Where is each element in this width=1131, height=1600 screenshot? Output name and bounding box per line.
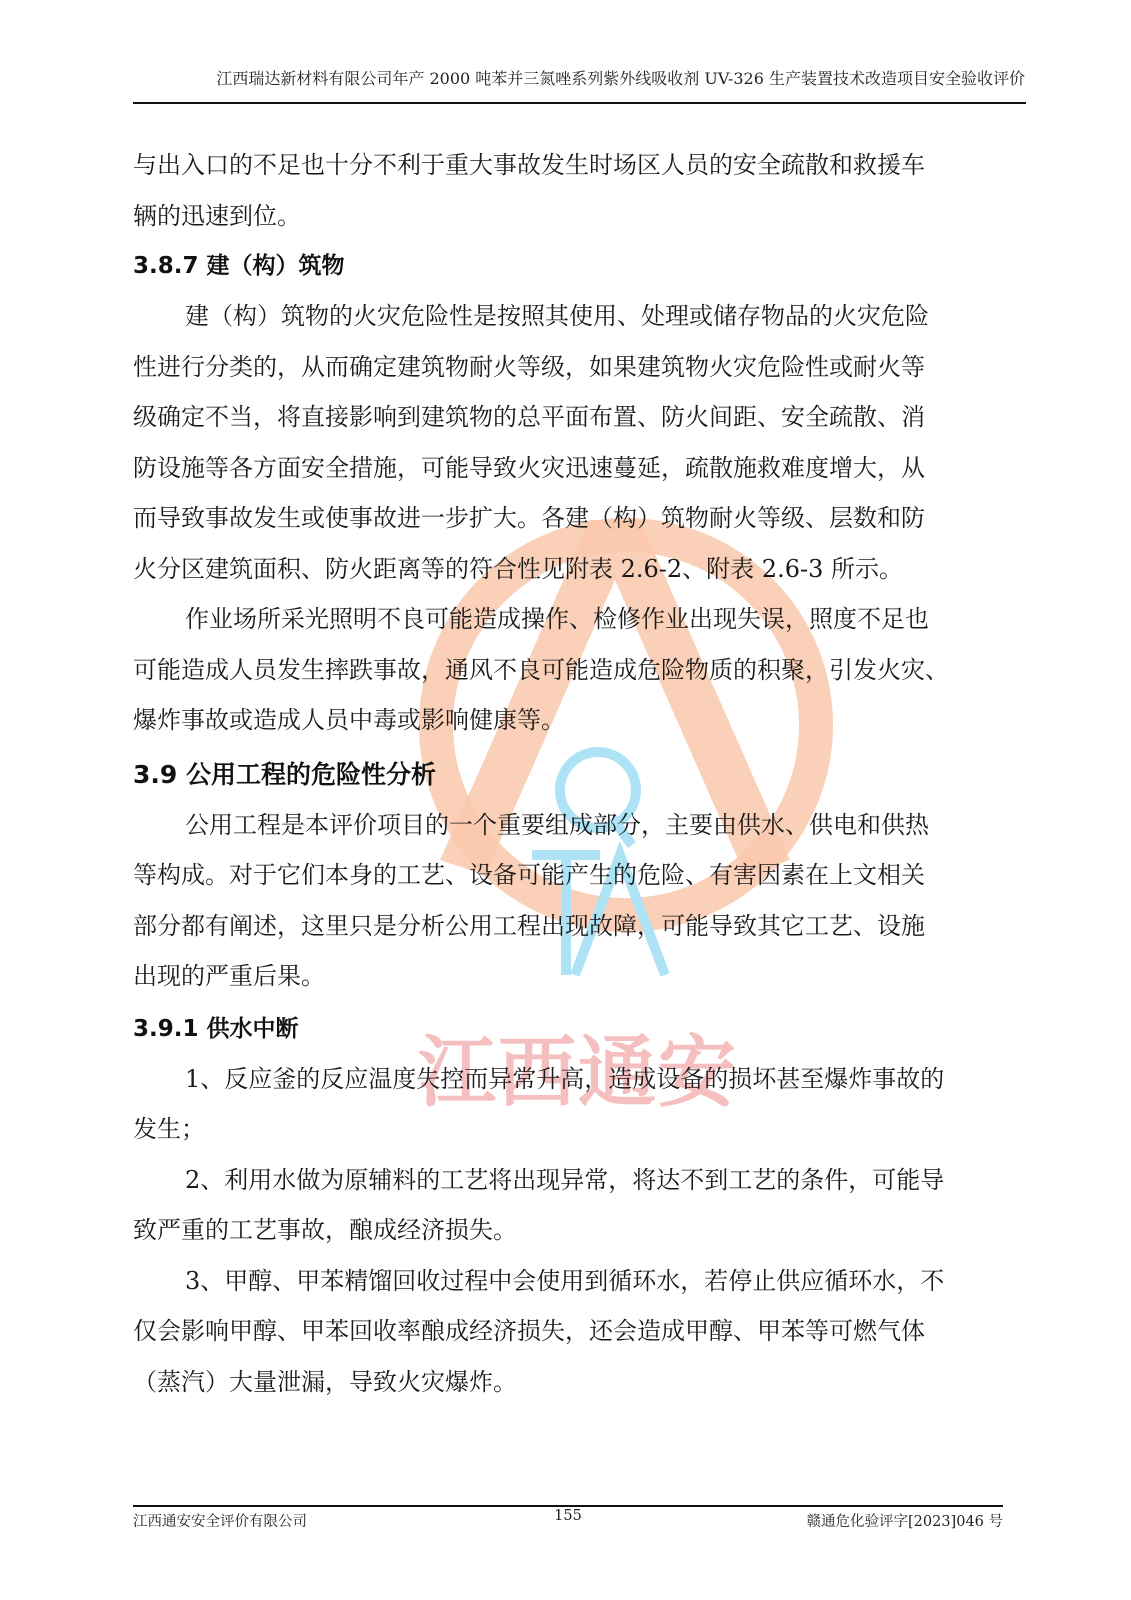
text-line: 出现的严重后果。 [133, 951, 1003, 1002]
footer-divider [133, 1505, 1003, 1507]
text-line: 部分都有阐述，这里只是分析公用工程出现故障，可能导致其它工艺、设施 [133, 901, 1003, 952]
text-line: 建（构）筑物的火灾危险性是按照其使用、处理或储存物品的火灾危险 [133, 291, 1003, 342]
section-heading-3-9-1: 3.9.1 供水中断 [133, 1004, 1003, 1054]
paragraph-continuation: 与出入口的不足也十分不利于重大事故发生时场区人员的安全疏散和救援车 辆的迅速到位… [133, 140, 1003, 241]
text-line: 等构成。对于它们本身的工艺、设备可能产生的危险、有害因素在上文相关 [133, 850, 1003, 901]
document-page: 江西通安 江西瑞达新材料有限公司年产 2000 吨苯并三氮唑系列紫外线吸收剂 U… [0, 0, 1131, 1600]
document-header-title: 江西瑞达新材料有限公司年产 2000 吨苯并三氮唑系列紫外线吸收剂 UV-326… [133, 66, 1025, 89]
list-item-2: 2、利用水做为原辅料的工艺将出现异常，将达不到工艺的条件，可能导 致严重的工艺事… [133, 1155, 1003, 1256]
text-line: 致严重的工艺事故，酿成经济损失。 [133, 1205, 1003, 1256]
header-divider [133, 102, 1026, 104]
text-line: 公用工程是本评价项目的一个重要组成部分，主要由供水、供电和供热 [133, 800, 1003, 851]
text-line: 而导致事故发生或使事故进一步扩大。各建（构）筑物耐火等级、层数和防 [133, 493, 1003, 544]
paragraph-buildings-fire-hazard: 建（构）筑物的火灾危险性是按照其使用、处理或储存物品的火灾危险 性进行分类的，从… [133, 291, 1003, 594]
text-line: 仅会影响甲醇、甲苯回收率酿成经济损失，还会造成甲醇、甲苯等可燃气体 [133, 1306, 1003, 1357]
text-line: 与出入口的不足也十分不利于重大事故发生时场区人员的安全疏散和救援车 [133, 140, 1003, 191]
footer-doc-number: 赣通危化验评字[2023]046 号 [807, 1510, 1004, 1531]
text-line: 爆炸事故或造成人员中毒或影响健康等。 [133, 695, 1003, 746]
text-line: 火分区建筑面积、防火距离等的符合性见附表 2.6-2、附表 2.6-3 所示。 [133, 544, 1003, 595]
text-line: 3、甲醇、甲苯精馏回收过程中会使用到循环水，若停止供应循环水，不 [133, 1256, 1003, 1307]
paragraph-public-works: 公用工程是本评价项目的一个重要组成部分，主要由供水、供电和供热 等构成。对于它们… [133, 800, 1003, 1002]
document-footer: 江西通安安全评价有限公司 155 赣通危化验评字[2023]046 号 [133, 1510, 1003, 1534]
text-line: 性进行分类的，从而确定建筑物耐火等级，如果建筑物火灾危险性或耐火等 [133, 342, 1003, 393]
text-line: 1、反应釜的反应温度失控而异常升高，造成设备的损坏甚至爆炸事故的 [133, 1054, 1003, 1105]
text-line: （蒸汽）大量泄漏，导致火灾爆炸。 [133, 1357, 1003, 1408]
section-heading-3-9: 3.9 公用工程的危险性分析 [133, 750, 1003, 800]
text-line: 辆的迅速到位。 [133, 191, 1003, 242]
text-line: 级确定不当，将直接影响到建筑物的总平面布置、防火间距、安全疏散、消 [133, 392, 1003, 443]
list-item-1: 1、反应釜的反应温度失控而异常升高，造成设备的损坏甚至爆炸事故的 发生； [133, 1054, 1003, 1155]
text-line: 2、利用水做为原辅料的工艺将出现异常，将达不到工艺的条件，可能导 [133, 1155, 1003, 1206]
section-heading-3-8-7: 3.8.7 建（构）筑物 [133, 241, 1003, 291]
document-body: 与出入口的不足也十分不利于重大事故发生时场区人员的安全疏散和救援车 辆的迅速到位… [133, 140, 1003, 1407]
text-line: 发生； [133, 1104, 1003, 1155]
text-line: 防设施等各方面安全措施，可能导致火灾迅速蔓延，疏散施救难度增大，从 [133, 443, 1003, 494]
text-line: 可能造成人员发生摔跌事故，通风不良可能造成危险物质的积聚，引发火灾、 [133, 645, 1003, 696]
list-item-3: 3、甲醇、甲苯精馏回收过程中会使用到循环水，若停止供应循环水，不 仅会影响甲醇、… [133, 1256, 1003, 1408]
text-line: 作业场所采光照明不良可能造成操作、检修作业出现失误，照度不足也 [133, 594, 1003, 645]
paragraph-lighting-ventilation: 作业场所采光照明不良可能造成操作、检修作业出现失误，照度不足也 可能造成人员发生… [133, 594, 1003, 746]
